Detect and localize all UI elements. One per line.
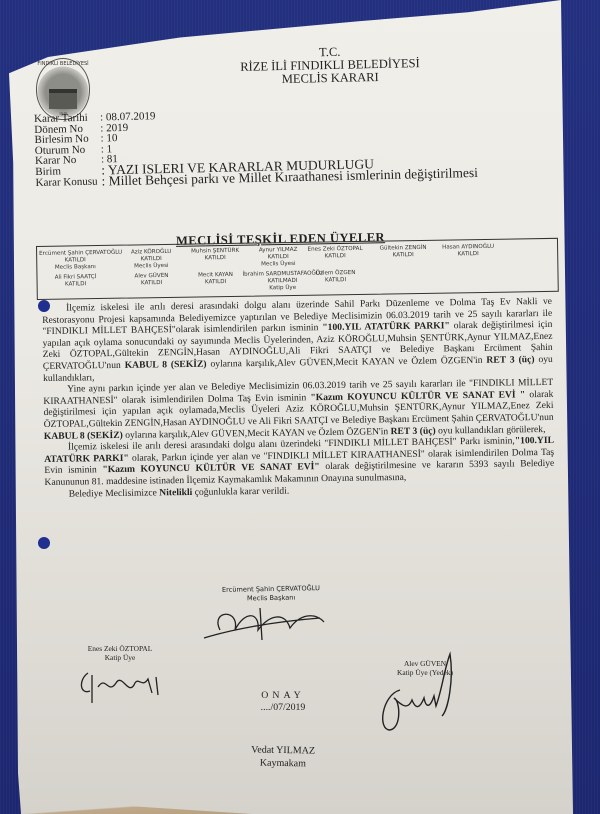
member-status: KATILDI [180, 279, 252, 287]
text-run: çoğunlukla karar verildi. [192, 485, 289, 497]
member-entry: Enes Zeki ÖZTOPALKATILDI [299, 246, 371, 261]
approval-date: ..../07/2019 [228, 702, 338, 714]
paragraph-3: İlçemiz iskelesi ile arılı deresi arasın… [44, 435, 555, 488]
member-entry: Aziz KÖROĞLUKATILDIMeclis Üyesi [115, 249, 187, 271]
text-run: oyu kullandıkları görülerek, [436, 424, 546, 437]
emphasized-text: Nitelikli [159, 486, 192, 497]
logo-text: FINDIKLI BELEDİYESİ [37, 61, 89, 67]
member-entry: Muhsin ŞENTÜRKKATILDI [179, 248, 251, 263]
paragraph-2: Yine aynı parkın içinde yer alan ve Bele… [43, 377, 554, 442]
governor-block: Vedat YILMAZ Kaymakam [228, 743, 338, 771]
decision-metadata: Karar Tarihi: 08.07.2019 Dönem No: 2019 … [34, 104, 478, 188]
member-role: Meclis Başkanı [39, 264, 111, 272]
member-entry: Özlem ÖZGENKATILDI [299, 270, 371, 285]
text-run: Belediye Meclisimizce [69, 487, 160, 499]
member-entry: Mecit KAYANKATILDI [179, 272, 251, 287]
member-status: KATILDI [367, 252, 439, 260]
president-signature-icon [200, 600, 340, 645]
clerk-signature-icon [78, 665, 168, 705]
emphasized-text: KABUL 8 (SEKİZ) [125, 359, 207, 371]
punch-hole-mark [38, 537, 50, 549]
clerk-signature-block: Enes Zeki ÖZTOPAL Katip Üye [80, 645, 160, 662]
governor-role: Kaymakam [228, 756, 338, 771]
emphasized-text: RET 3 (üç) [486, 354, 534, 366]
member-role: Katip Üye [243, 285, 323, 293]
member-status: KATILDI [179, 255, 251, 263]
punch-hole-mark [38, 300, 50, 312]
member-entry: Hasan AYDINOĞLUKATILDI [432, 244, 504, 259]
approval-title: ONAY [228, 690, 338, 702]
member-entry: Ali Fikri SAATÇİKATILDI [39, 274, 111, 289]
paragraph-1: İlçemiz iskelesi ile arılı deresi arasın… [42, 296, 553, 384]
logo-house-icon [49, 89, 77, 109]
member-status: KATILDI [432, 251, 504, 259]
member-entry: Ercüment Şahin ÇERVATOĞLUKATILDIMeclis B… [39, 250, 111, 272]
member-role: Meclis Üyesi [242, 261, 314, 269]
decision-body: İlçemiz iskelesi ile arılı deresi arasın… [42, 296, 555, 500]
reserve-clerk-signature-icon [372, 650, 472, 740]
document-header: T.C. RİZE İLİ FINDIKLI BELEDİYESİ MECLİS… [180, 43, 481, 88]
signatory-role: Katip Üye [80, 654, 160, 663]
member-role: Meclis Üyesi [115, 263, 187, 271]
meta-key: Karar Konusu [35, 176, 101, 188]
member-entry: Alev GÜVENKATILDI [115, 273, 187, 288]
approval-block: ONAY ..../07/2019 [228, 690, 338, 714]
members-table: Ercüment Şahin ÇERVATOĞLUKATILDIMeclis B… [36, 238, 559, 300]
member-status: KATILDI [300, 277, 372, 285]
emphasized-text: RET 3 (üç) [390, 425, 435, 437]
municipality-logo: FINDIKLI BELEDİYESİ 1948 [36, 58, 90, 120]
member-status: KATILDI [299, 253, 371, 261]
member-status: KATILDI [116, 280, 188, 288]
member-status: KATILDI [40, 281, 112, 289]
member-entry: Gültekin ZENGİNKATILDI [367, 245, 439, 260]
emphasized-text: KABUL 8 (SEKİZ) [44, 429, 123, 441]
